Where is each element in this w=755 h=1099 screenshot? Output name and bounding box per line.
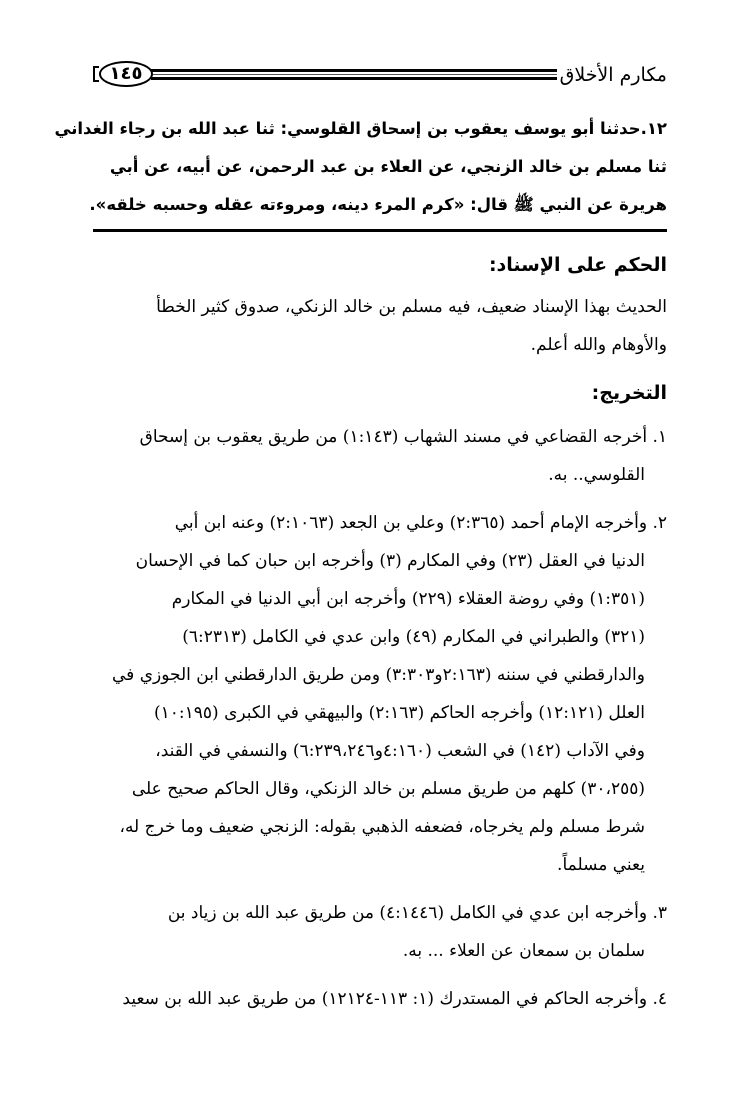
takhrij-item-3: ٣. وأخرجه ابن عدي في الكامل (٤:١٤٤٦) من … (93, 894, 667, 970)
paragraph-line: ٤. وأخرجه الحاكم في المستدرك (١: ١١٣-١٢١… (93, 980, 667, 1018)
paragraph-line: القلوسي.. به. (93, 456, 667, 494)
paragraph-line: (٣٢١) والطبراني في المكارم (٤٩) وابن عدي… (93, 618, 667, 656)
running-header: مكارم الأخلاق ١٤٥ (93, 60, 667, 92)
book-page: مكارم الأخلاق ١٤٥ ١٢.حدثنا أبو يوسف يعقو… (93, 0, 667, 1099)
takhrij-item-2: ٢. وأخرجه الإمام أحمد (٢:٣٦٥) وعلي بن ال… (93, 504, 667, 884)
paragraph-line: وفي الآداب (١٤٢) في الشعب (٤:١٦٠و٦:٢٣٩،٢… (93, 732, 667, 770)
ruling-paragraph: الحديث بهذا الإسناد ضعيف، فيه مسلم بن خا… (93, 288, 667, 364)
paragraph-line: (٣٠،٢٥٥) كلهم من طريق مسلم بن خالد الزنك… (93, 770, 667, 808)
paragraph-line: سلمان بن سمعان عن العلاء ... به. (93, 932, 667, 970)
paragraph-line: ٢. وأخرجه الإمام أحمد (٢:٣٦٥) وعلي بن ال… (93, 504, 667, 542)
hadith-text: ١٢.حدثنا أبو يوسف يعقوب بن إسحاق القلوسي… (93, 110, 667, 224)
paragraph-line: العلل (١٢:١٢١) وأخرجه الحاكم (٢:١٦٣) وال… (93, 694, 667, 732)
paragraph-line: (١:٣٥١) وفي روضة العقلاء (٢٢٩) وأخرجه اب… (93, 580, 667, 618)
paragraph-line: والأوهام والله أعلم. (93, 326, 667, 364)
hadith-line: ثنا مسلم بن خالد الزنجي، عن العلاء بن عب… (93, 148, 667, 186)
section-divider (93, 229, 667, 232)
paragraph-line: الدنيا في العقل (٢٣) وفي المكارم (٣) وأخ… (93, 542, 667, 580)
header-ornamental-rule (151, 69, 557, 81)
paragraph-line: ١. أخرجه القضاعي في مسند الشهاب (١:١٤٣) … (93, 418, 667, 456)
book-title: مكارم الأخلاق (560, 62, 667, 88)
paragraph-line: يعني مسلماً. (93, 846, 667, 884)
takhrij-item-4: ٤. وأخرجه الحاكم في المستدرك (١: ١١٣-١٢١… (93, 980, 667, 1018)
section-heading: الحكم على الإسناد: (93, 250, 667, 280)
page-number: ١٤٥ (99, 61, 153, 87)
hadith-line: هريرة عن النبي ﷺ قال: «كرم المرء دينه، و… (93, 186, 667, 224)
paragraph-line: والدارقطني في سننه (٢:١٦٣و٣:٣٠٣) ومن طري… (93, 656, 667, 694)
takhrij-item-1: ١. أخرجه القضاعي في مسند الشهاب (١:١٤٣) … (93, 418, 667, 494)
takhrij-section: التخريج: ١. أخرجه القضاعي في مسند الشهاب… (93, 378, 667, 1018)
paragraph-line: الحديث بهذا الإسناد ضعيف، فيه مسلم بن خا… (93, 288, 667, 326)
hadith-line: ١٢.حدثنا أبو يوسف يعقوب بن إسحاق القلوسي… (93, 110, 667, 148)
isnad-ruling-section: الحكم على الإسناد: الحديث بهذا الإسناد ض… (93, 250, 667, 364)
section-heading: التخريج: (93, 378, 667, 408)
paragraph-line: ٣. وأخرجه ابن عدي في الكامل (٤:١٤٤٦) من … (93, 894, 667, 932)
paragraph-line: شرط مسلم ولم يخرجاه، فضعفه الذهبي بقوله:… (93, 808, 667, 846)
